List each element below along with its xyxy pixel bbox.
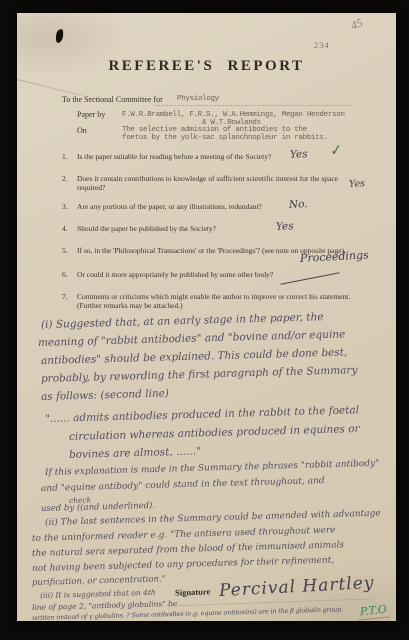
scanned-page-background: 45 234 REFEREE'S REPORT To the Sectional… xyxy=(0,0,409,640)
signature-label: Signature xyxy=(175,586,211,597)
committee-label: To the Sectional Committee for xyxy=(62,95,163,104)
pencil-corner-number: 45 xyxy=(349,15,366,33)
handwriting-line: and "equine antibody" could stand in the… xyxy=(41,476,325,494)
pto-note: P.T.O xyxy=(357,602,389,620)
paper-crease xyxy=(17,79,134,109)
ink-blot xyxy=(55,28,65,43)
question-4-number: 4. xyxy=(62,224,68,233)
question-7-number: 7. xyxy=(62,292,68,301)
question-5-answer: Proceedings xyxy=(300,248,369,265)
authors-line1: F.W.R.Brambell, F.R.S., W.A.Hemmings, Me… xyxy=(122,111,345,119)
handwriting-line: purification, or concentration." xyxy=(32,574,166,588)
question-1-answer: Yes xyxy=(290,148,308,161)
handwriting-line: (iii) It is suggested that on 4th xyxy=(40,588,156,600)
check-icon: ✓ xyxy=(329,140,344,160)
handwriting-line: probably, by rewording the first paragra… xyxy=(41,364,358,385)
question-6-text: Or could it more appropriately be publis… xyxy=(77,270,327,279)
handwriting-line: bovines are almost, ......" xyxy=(69,445,201,461)
question-2-number: 2. xyxy=(62,174,68,183)
referee-report-page: 45 234 REFEREE'S REPORT To the Sectional… xyxy=(17,13,396,621)
question-6-number: 6. xyxy=(62,270,68,279)
handwriting-line: not having been subjected to any procedu… xyxy=(32,556,334,574)
handwriting-line: "...... admits antibodies produced in th… xyxy=(45,404,359,425)
page-title: REFEREE'S REPORT xyxy=(17,58,396,75)
handwriting-line: meaning of "rabbit antibodies" and "bovi… xyxy=(38,328,346,349)
question-7-text: Comments or criticisms which might enabl… xyxy=(77,292,362,310)
paper-title-line1: The selective admission of antibodies to… xyxy=(122,126,307,134)
handwriting-line: circulation whereas antibodies produced … xyxy=(69,423,360,443)
handwriting-line: as follows: (second line) xyxy=(41,387,169,403)
committee-value: Physiology xyxy=(177,95,219,103)
handwriting-line: used by ((and underlined). xyxy=(41,501,155,514)
question-3-answer: No. xyxy=(289,198,308,211)
committee-dotted-line: Physiology xyxy=(156,94,352,106)
question-4-answer: Yes xyxy=(276,220,294,233)
paper-by-label: Paper by xyxy=(77,110,105,119)
question-5-number: 5. xyxy=(62,246,68,255)
handwriting-line: (i) Suggested that, at an early stage in… xyxy=(41,311,324,331)
paper-title-line2: foetus by the yolk-sac splanchnopleur in… xyxy=(122,134,328,142)
on-label: On xyxy=(77,126,87,135)
question-3-text: Are any portions of the paper, or any il… xyxy=(77,202,312,211)
question-1-text: Is the paper suitable for reading before… xyxy=(77,152,312,161)
question-2-text: Does it contain contributions to knowled… xyxy=(77,174,355,192)
question-2-answer: Yes xyxy=(349,178,366,190)
question-3-number: 3. xyxy=(62,202,68,211)
handwriting-line: If this explanation is made in the Summa… xyxy=(45,459,380,478)
page-number-stamp: 234 xyxy=(314,40,330,50)
handwriting-line: antibodies" should be explained. This co… xyxy=(41,346,348,367)
question-1-number: 1. xyxy=(62,152,68,161)
